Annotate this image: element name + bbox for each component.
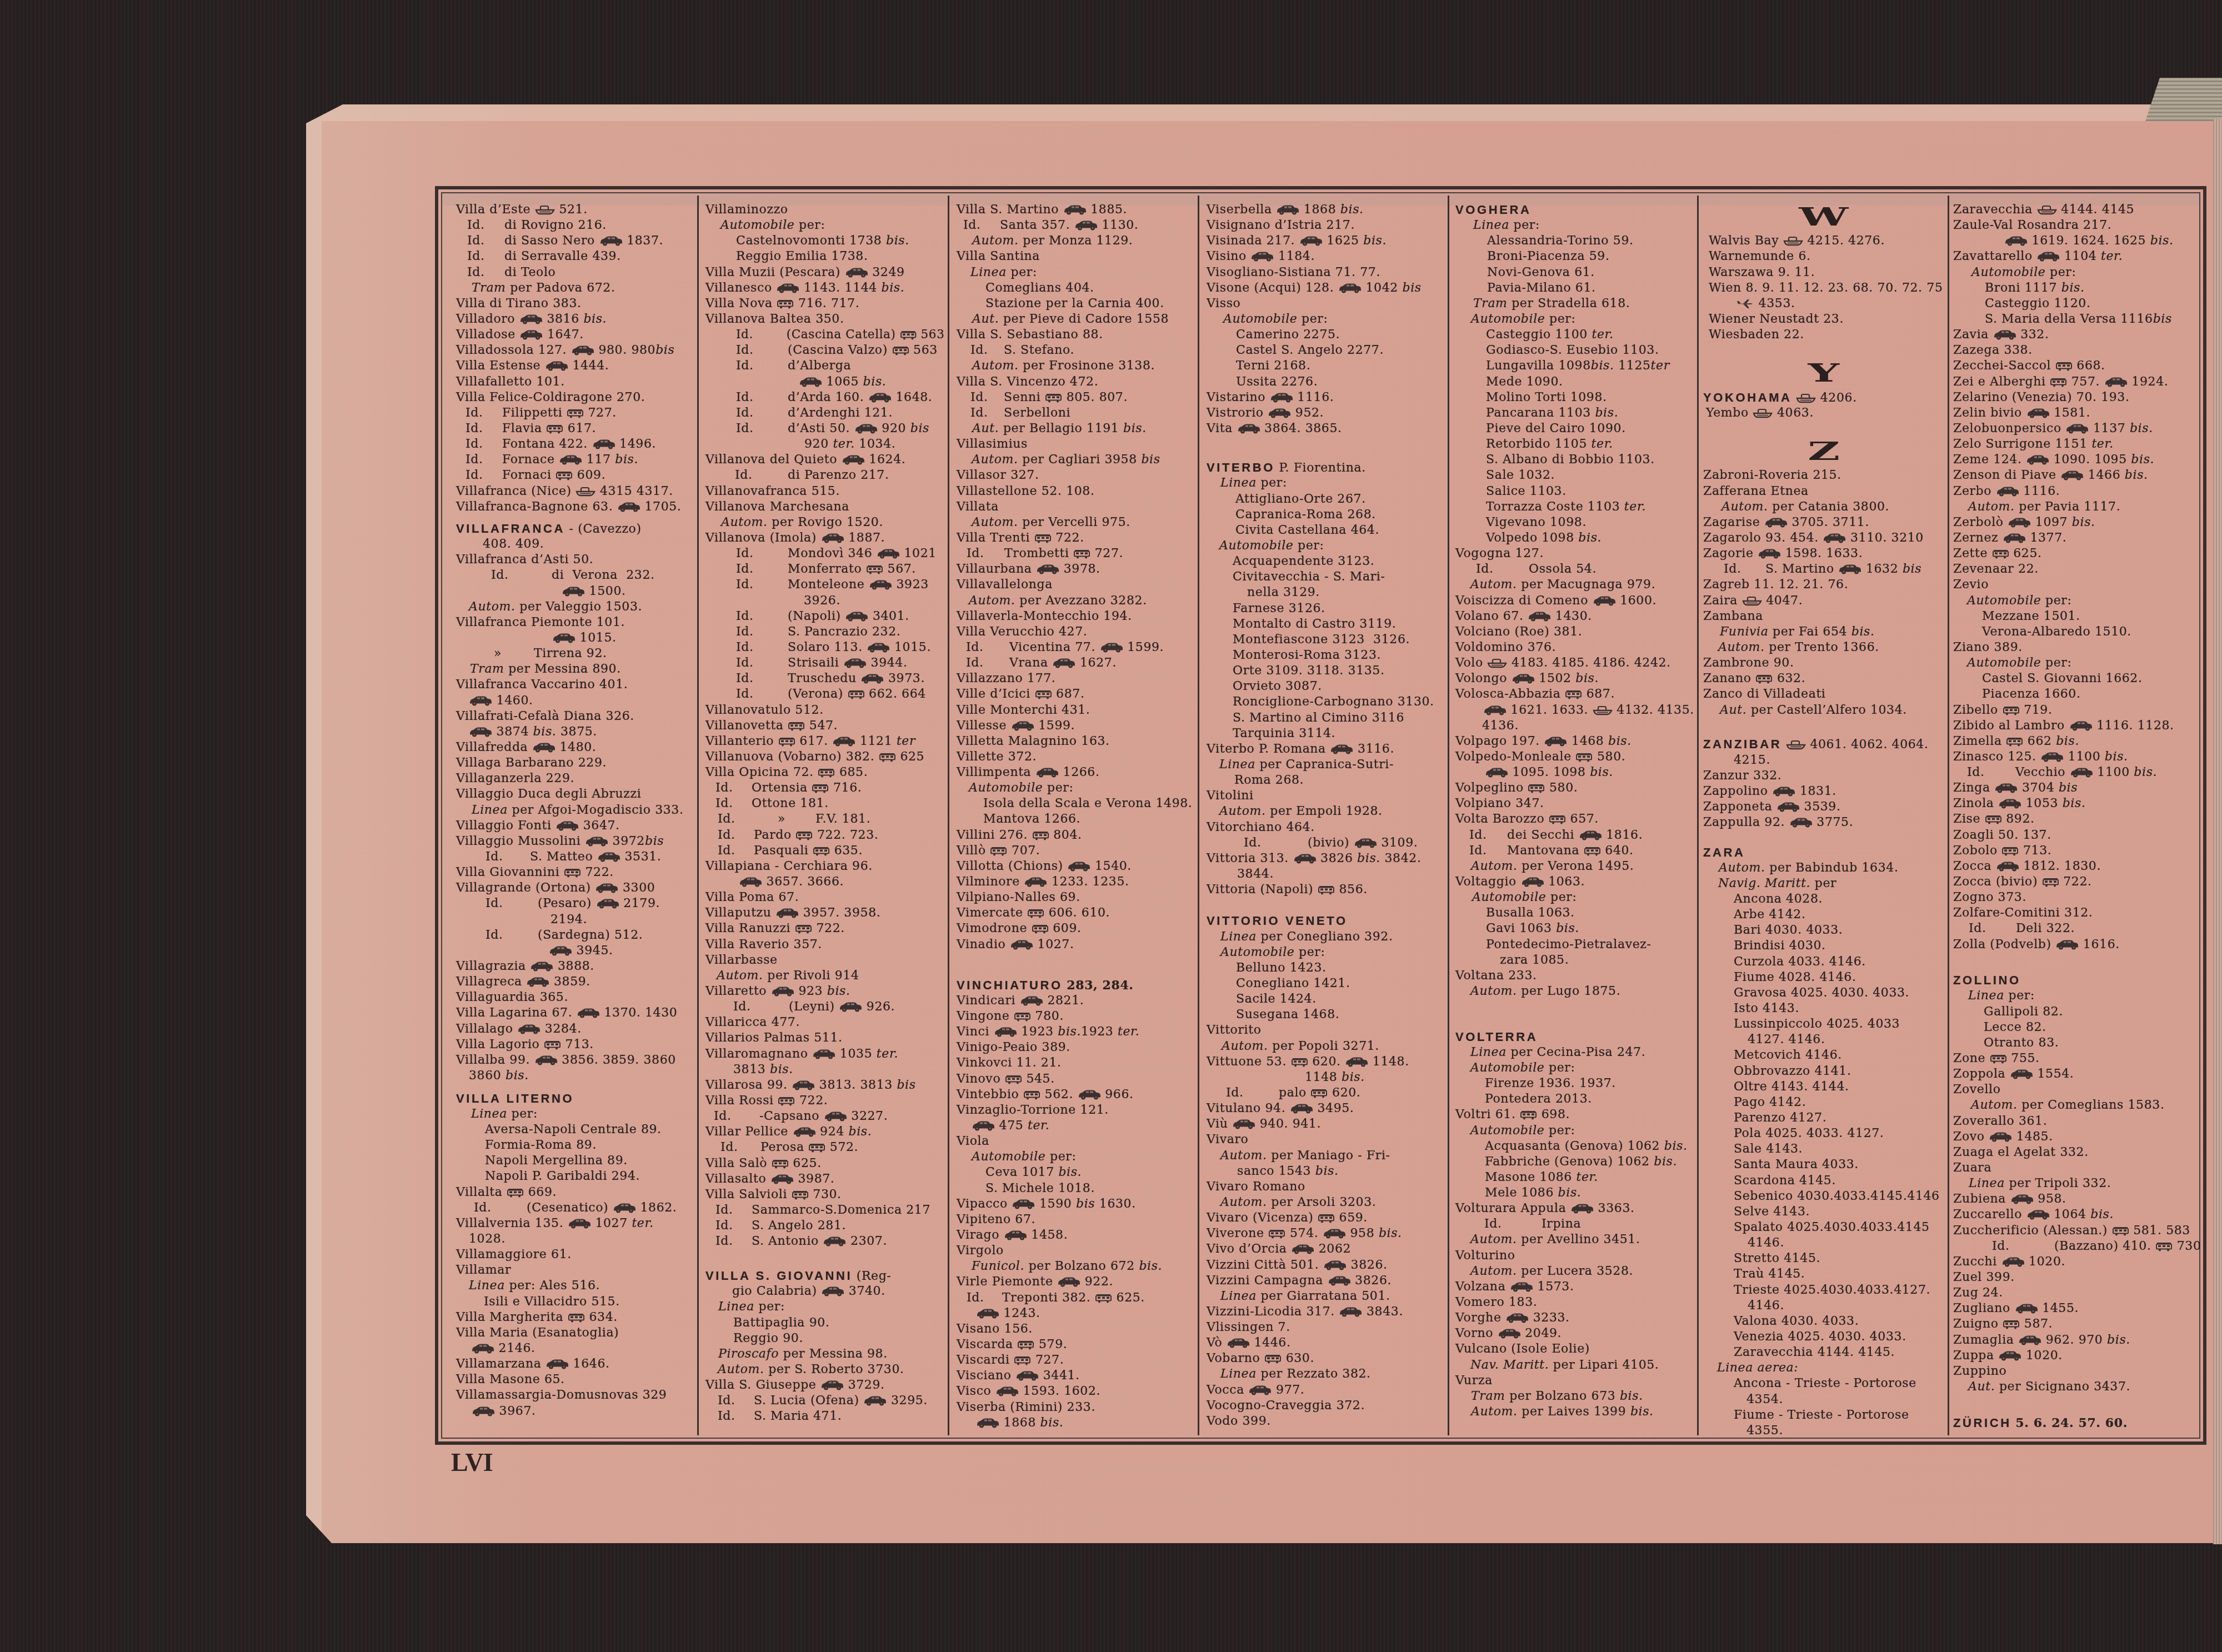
entry-text: 1184.	[1274, 249, 1315, 263]
entry-text: Villaurbana	[957, 562, 1036, 576]
entry-text: Villalvernia 135.	[456, 1217, 568, 1230]
entry-text: 3826.	[1351, 1274, 1392, 1288]
index-entry: Villetta Malagnino 163.	[957, 734, 1194, 749]
automobile-service-icon	[869, 579, 892, 590]
index-entry: Zuppino	[1953, 1364, 2202, 1379]
index-entry: Villalta 669.	[456, 1185, 694, 1200]
entry-text: 4355.	[1746, 1424, 1783, 1438]
service-note: Autom. per Lugo 1875.	[1455, 984, 1694, 999]
line-content: Zibello 719.	[1953, 703, 2053, 718]
automobile-service-icon	[571, 345, 594, 356]
entry-text: Wiesbaden 22.	[1709, 328, 1804, 342]
entry-text: 579.	[1034, 1338, 1067, 1351]
line-content: Linea per Capranica-Sutri-	[1219, 757, 1394, 773]
station-name: ZARA	[1703, 845, 1745, 859]
automobile-service-icon	[2004, 236, 2028, 246]
line-content: Vingone 780.	[957, 1009, 1064, 1024]
tram-icon	[1034, 533, 1052, 543]
index-entry: Zagarolo 93. 454. 3110. 3210	[1703, 530, 1944, 546]
service-type-label: bis.	[1608, 734, 1632, 748]
tram-icon	[1584, 846, 1601, 856]
line-content: Villarios Palmas 511.	[705, 1030, 843, 1046]
service-note: Funicol. per Bolzano 672 bis.	[957, 1259, 1194, 1274]
entry-text: Ancona 4028.	[1734, 892, 1823, 906]
line-content: Stazione per la Carnia 400.	[985, 296, 1164, 312]
line-content: Villadoro 3816 bis.	[456, 312, 607, 327]
service-note: Autom. per Rivoli 914	[705, 968, 944, 984]
entry-text: 3856. 3859. 3860	[558, 1053, 676, 1067]
entry-text: per Valeggio 1503.	[516, 600, 642, 614]
entry-text: Vicentina 77.	[1009, 640, 1100, 654]
service-note: Autom. per Vercelli 975.	[957, 515, 1194, 530]
index-entry: Villa Trenti 722.	[957, 530, 1194, 546]
entry-text: Zambana	[1703, 609, 1763, 623]
index-entry: Zabroni-Roveria 215.	[1703, 468, 1944, 483]
index-entry: Zoverallo 361.	[1953, 1114, 2202, 1129]
column-divider	[1697, 196, 1699, 1435]
index-entry: Zevio	[1953, 577, 2202, 593]
entry-text: per Babindub 1634.	[1765, 861, 1899, 875]
index-entry: Villa Masone 65.	[456, 1372, 694, 1388]
sub-entry: Id.(Napoli) 3401.	[705, 609, 944, 624]
entry-text: 625	[896, 750, 924, 764]
continuation-line: Acquasanta (Genova) 1062 bis.	[1455, 1139, 1694, 1154]
line-content: Roma 268.	[1234, 773, 1304, 788]
entry-text: Reggio Emilia 1738.	[736, 249, 868, 263]
line-content: Sale 4143.	[1734, 1142, 1803, 1157]
automobile-service-icon	[1227, 1338, 1250, 1348]
entry-text: 1816.	[1602, 828, 1643, 842]
line-content: Zecchei-Saccol 668.	[1953, 358, 2105, 374]
service-note: Linea per Afgoi-Mogadiscio 333.	[456, 803, 694, 818]
entry-text: - (Cavezzo)	[565, 522, 642, 536]
entry-text: 3704	[2018, 781, 2059, 795]
entry-text: 606. 610.	[1044, 906, 1110, 920]
entry-text: per Stradella 618.	[1508, 297, 1630, 311]
tram-icon	[1528, 783, 1545, 793]
tram-icon	[900, 330, 917, 340]
automobile-service-icon	[2065, 423, 2089, 434]
entry-text: per Tripoli 332.	[2005, 1177, 2111, 1190]
line-content: 1460.	[469, 693, 533, 709]
index-entry: Villimpenta 1266.	[957, 765, 1194, 780]
entry-text: Oltre 4143. 4144.	[1734, 1080, 1849, 1094]
entry-text: Zinola	[1953, 797, 1998, 810]
letter-divider: Y	[1703, 358, 1944, 389]
entry-text: (Cascina Catella)	[787, 328, 900, 342]
continuation-line: Sale 1032.	[1455, 468, 1694, 483]
line-content: Vorghe 3233.	[1455, 1310, 1570, 1326]
ditto-mark: Id.	[718, 1409, 754, 1424]
entry-text: per:	[1043, 781, 1073, 795]
continuation-line: Novi-Genova 61.	[1455, 265, 1694, 281]
index-entry: Villaga Barbarano 229.	[456, 755, 694, 771]
line-content: Id.d’Arda 160. 1648.	[736, 390, 932, 406]
entry-text: Vitolini	[1207, 789, 1254, 803]
line-content: Villagrande (Ortona) 3300	[456, 880, 655, 896]
line-content: 2146.	[471, 1341, 536, 1356]
entry-text: 3647.	[579, 819, 620, 833]
index-entry: Vimodrone 609.	[957, 921, 1194, 937]
entry-text: Villaganzerla 229.	[456, 772, 574, 785]
continuation-line: Trieste 4025.4030.4033.4127.	[1703, 1283, 1944, 1298]
entry-text: 1599.	[1034, 719, 1075, 733]
continuation-line: 1243.	[957, 1306, 1194, 1321]
line-content: Zone 755.	[1953, 1051, 2040, 1067]
continuation-line: Verona-Albaredo 1510.	[1953, 624, 2202, 640]
line-content: Villasor 327.	[957, 468, 1039, 483]
entry-text: Zappulla 92.	[1703, 815, 1789, 829]
index-entry: Volpedo-Monleale 580.	[1455, 749, 1694, 765]
line-content: Villadossola 127. 980. 980bis	[456, 343, 674, 358]
line-content: Villanova del Quieto 1624.	[705, 452, 905, 468]
automobile-service-icon	[1012, 1199, 1035, 1209]
service-type-label: bis.	[1058, 1165, 1082, 1179]
tram-icon	[2155, 1241, 2173, 1251]
line-content: Vivo d’Orcia 2062	[1207, 1241, 1351, 1257]
index-entry: Zanco di Villadeati	[1703, 687, 1944, 702]
entry-text: Deli 322.	[2016, 922, 2075, 935]
entry-text: Vò	[1207, 1336, 1227, 1350]
index-entry: Villa Raverio 357.	[705, 937, 944, 953]
line-content: Autom. per Lucera 3528.	[1470, 1264, 1633, 1279]
index-entry: Zanano 632.	[1703, 671, 1944, 687]
index-entry: Vitorchiano 464.	[1207, 820, 1444, 835]
entry-text: Zolla (Podvelb)	[1953, 938, 2055, 952]
entry-text: 805. 807.	[1062, 391, 1128, 404]
automobile-service-icon	[2010, 1069, 2033, 1079]
index-entry: Zambrone 90.	[1703, 655, 1944, 671]
service-type-label: Automobile	[1967, 656, 2041, 670]
continuation-line: Valona 4030. 4033.	[1703, 1314, 1944, 1329]
entry-text: per Pieve di Cadore 1558	[999, 312, 1169, 326]
line-content: Viù 940. 941.	[1207, 1117, 1321, 1132]
line-content: Napoli Mergellina 89.	[485, 1153, 628, 1169]
sub-entry: Id.Monferrato 567.	[705, 562, 944, 577]
line-content: Zagorie 1598. 1633.	[1703, 546, 1863, 562]
line-content: Vistrorio 952.	[1207, 406, 1324, 421]
service-type-label: Automobile	[969, 781, 1043, 795]
service-type-label: bis.	[1630, 1405, 1654, 1419]
service-type-label: Piroscafo	[718, 1347, 779, 1361]
entry-text: 1034.	[855, 437, 896, 451]
automobile-service-icon	[1993, 329, 2016, 340]
entry-text: Monferrato	[788, 562, 866, 576]
service-type-label: Autom.	[1719, 861, 1765, 875]
entry-text: 926.	[862, 1000, 895, 1014]
entry-text: Villini 276.	[957, 828, 1032, 842]
continuation-line: Salice 1103.	[1455, 484, 1694, 499]
index-entry: Vivaro	[1207, 1132, 1444, 1148]
line-content: Villagreca 3859.	[456, 974, 590, 990]
line-content: Zuppa 1020.	[1953, 1348, 2063, 1364]
continuation-line: Walvis Bay 4215. 4276.	[1703, 233, 1944, 249]
entry-text: Zug 24.	[1953, 1286, 2003, 1300]
index-entry: Zuccherificio (Alessan.) 581. 583	[1953, 1223, 2202, 1239]
line-content: Villamar	[456, 1263, 511, 1278]
service-type-label: Tram	[1473, 297, 1508, 311]
index-entry: Zuara	[1953, 1160, 2202, 1176]
index-entry: Villaputzu 3957. 3958.	[705, 905, 944, 921]
index-entry: Vocca 977.	[1207, 1383, 1444, 1398]
station-heading: ZANZIBAR 4061. 4062. 4064.	[1703, 737, 1944, 752]
tram-icon	[568, 1313, 585, 1323]
service-note: Nav. Maritt. per Lipari 4105.	[1455, 1358, 1694, 1373]
automobile-service-icon	[1036, 564, 1059, 574]
service-type-label: Aut.	[972, 422, 999, 435]
service-type-label: Linea	[1220, 1367, 1257, 1381]
line-content: Id.Vrana 1627.	[966, 655, 1117, 671]
entry-text: Arbe 4142.	[1734, 908, 1805, 922]
line-content: Mantova 1266.	[983, 812, 1080, 827]
index-entry: Villa Salvioli 730.	[705, 1187, 944, 1203]
sub-entry: Id.Pardo 722. 723.	[705, 828, 944, 843]
entry-text: 2062	[1314, 1242, 1351, 1256]
entry-text: Villanova (Imola)	[705, 531, 821, 545]
service-type-label: Autom.	[718, 1363, 764, 1376]
entry-text: 1035	[835, 1047, 877, 1061]
index-entry: Voltaggio 1063.	[1455, 874, 1694, 890]
ditto-mark: Id.	[736, 327, 787, 343]
entry-text: Wien 8. 9. 11. 12. 23. 68. 70. 72. 75	[1709, 281, 1943, 295]
continuation-line: Traù 4145.	[1703, 1266, 1944, 1282]
index-entry: Vipacco 1590 bis 1630.	[957, 1197, 1194, 1212]
line-content: VOGHERA	[1455, 202, 1531, 218]
entry-text: 1837.	[623, 234, 664, 248]
entry-text: per Capranica-Sutri-	[1255, 758, 1394, 772]
service-type-label: Autom.	[1718, 640, 1765, 654]
line-content: VILLA LITERNO	[456, 1091, 574, 1107]
entry-text: Zaravecchia	[1953, 203, 2037, 217]
line-content: Yembo 4063.	[1706, 406, 1814, 421]
line-content: Autom. per S. Roberto 3730.	[718, 1362, 904, 1378]
line-content: Scardona 4145.	[1734, 1173, 1836, 1189]
line-content: Zevio	[1953, 577, 1989, 593]
service-type-label: Automobile	[1220, 945, 1294, 959]
entry-text: di Serravalle 439.	[504, 249, 621, 263]
entry-text: Zovello	[1953, 1083, 2001, 1097]
continuation-line: nella 3129.	[1207, 585, 1444, 600]
line-content: Vivaro	[1207, 1132, 1248, 1148]
entry-text: Villa Verucchio 427.	[957, 625, 1087, 639]
entry-text: 2307.	[846, 1234, 887, 1248]
entry-text: 2049.	[1521, 1326, 1562, 1340]
automobile-service-icon	[2003, 533, 2026, 543]
automobile-service-icon	[867, 642, 890, 653]
automobile-service-icon	[771, 986, 794, 997]
index-entry: Villafranca (Nice) 4315 4317.	[456, 484, 694, 499]
line-content: Id.d’Asti 50. 920 bis	[736, 421, 929, 437]
line-content: Vinci 1923 bis.1923 ter.	[957, 1024, 1139, 1040]
entry-text: Villamaggiore 61.	[456, 1248, 572, 1261]
line-content: Villastellone 52. 108.	[957, 484, 1095, 499]
entry-text: Villafrati-Cefalà Diana 326.	[456, 709, 634, 723]
entry-text: Zibello	[1953, 703, 2003, 717]
entry-text: 3844.	[1237, 867, 1274, 881]
continuation-line: Capranica-Roma 268.	[1207, 507, 1444, 523]
entry-text: per Monza 1129.	[1019, 234, 1133, 248]
continuation-line: 4146.	[1703, 1298, 1944, 1314]
continuation-line: Curzola 4033. 4146.	[1703, 954, 1944, 970]
service-type-label: bis.	[506, 1069, 529, 1083]
line-content: Villafranca Piemonte 101.	[456, 615, 625, 630]
entry-text: 716.	[829, 781, 862, 795]
continuation-line: Reggio Emilia 1738.	[705, 249, 944, 264]
entry-text: 1831.	[1795, 784, 1836, 798]
entry-text: Ancona - Trieste - Portorose	[1734, 1376, 1916, 1390]
service-type-label: bis.	[1363, 234, 1387, 248]
tram-icon	[1755, 674, 1773, 684]
line-content: Viverone 574. 958 bis.	[1207, 1226, 1402, 1241]
line-content: Id.d’Alberga	[736, 358, 851, 374]
automobile-service-icon	[823, 1236, 846, 1246]
line-content: Villa Estense 1444.	[456, 358, 609, 374]
sub-entry: Id.S. Matteo 3531.	[456, 849, 694, 865]
entry-text: 966.	[1101, 1088, 1134, 1102]
automobile-service-icon	[519, 329, 543, 340]
index-entry: Zevenaar 22.	[1953, 562, 2202, 577]
station-name: VINCHIATURO	[957, 978, 1063, 992]
entry-text: 1104	[2060, 249, 2101, 263]
continuation-line: Mezzane 1501.	[1953, 609, 2202, 624]
entry-text: 804.	[1049, 828, 1082, 842]
continuation-line: Broni-Piacenza 59.	[1455, 249, 1694, 264]
line-content: Id.Serbelloni	[970, 406, 1070, 421]
sub-entry: Id.Serbelloni	[957, 406, 1194, 421]
index-entry: Villa Nova 716. 717.	[705, 296, 944, 312]
line-content: 3657. 3666.	[739, 874, 844, 890]
line-content: Zuccherificio (Alessan.) 581. 583	[1953, 1223, 2190, 1239]
entry-text: Novi-Genova 61.	[1487, 266, 1595, 279]
entry-text: Villa Felice-Coldiragone 270.	[456, 391, 645, 404]
index-entry: Villavallelonga	[957, 577, 1194, 593]
line-content: Farnese 3126.	[1233, 601, 1325, 617]
line-content: Curzola 4033. 4146.	[1734, 954, 1866, 970]
service-note: Autom. per Macugnaga 979.	[1455, 577, 1694, 593]
line-content: Voltaggio 1063.	[1455, 874, 1585, 890]
entry-text: Vilpiano-Nalles 69.	[957, 890, 1080, 904]
automobile-service-icon	[2015, 1303, 2038, 1314]
line-content: Villafranca d’Asti 50.	[456, 552, 593, 568]
entry-text: 922.	[1080, 1275, 1113, 1289]
line-content: Voltri 61. 698.	[1455, 1107, 1570, 1123]
entry-text: 4215.	[1734, 753, 1770, 767]
entry-text: Mantova 1266.	[983, 812, 1080, 826]
station-heading: ZÜRICH 5. 6. 24. 57. 60.	[1953, 1415, 2202, 1431]
entry-text: Volpeglino	[1455, 781, 1528, 795]
entry-text: 3284.	[541, 1022, 582, 1036]
index-entry: Zelin bivio 1581.	[1953, 406, 2202, 421]
entry-text: Villazzano 177.	[957, 672, 1055, 685]
line-content: zara 1085.	[1500, 953, 1569, 968]
entry-text: Zavattarello	[1953, 249, 2036, 263]
line-content: Volpedo 1098 bis.	[1486, 530, 1602, 546]
service-note: Autom. per Babindub 1634.	[1703, 860, 1944, 876]
service-type-label: ter.	[1592, 328, 1614, 342]
entry-text: 1923	[1017, 1025, 1058, 1039]
entry-text: Zuccherificio (Alessan.)	[1953, 1224, 2112, 1238]
entry-text: Villa Poma 67.	[705, 890, 799, 904]
entry-text: Volta Barozzo	[1455, 812, 1549, 826]
ditto-mark: Id.	[736, 562, 788, 577]
index-entry: Villaggio Mussolini 3972bis	[456, 834, 694, 849]
index-entry: Villasor 327.	[957, 468, 1194, 483]
line-content: Tram per Messina 890.	[470, 662, 621, 677]
entry-text: 3923	[892, 578, 929, 592]
ditto-mark: Id.	[486, 849, 530, 865]
line-content: Id.S. Pancrazio 232.	[736, 624, 900, 640]
entry-text: Zovo	[1953, 1130, 1989, 1144]
automobile-service-icon	[2026, 1209, 2050, 1220]
line-content: Autom. per Catania 3800.	[1721, 499, 1889, 515]
entry-text: per Vercelli 975.	[1018, 515, 1130, 529]
automobile-service-icon	[1035, 767, 1059, 778]
continuation-line: Fiume 4028. 4146.	[1703, 970, 1944, 985]
entry-text: 625.	[1112, 1291, 1145, 1305]
entry-text: Villa Raverio 357.	[705, 938, 822, 952]
tram-icon	[812, 783, 829, 793]
service-type-label: bis	[1903, 562, 1921, 576]
entry-text: Zise	[1953, 812, 1985, 826]
line-content: Zolla (Podvelb) 1616.	[1953, 937, 2120, 953]
entry-text: Villaputzu	[705, 906, 775, 920]
line-content: Acquasanta (Genova) 1062 bis.	[1485, 1139, 1688, 1154]
line-content: Villasimius	[957, 437, 1028, 452]
entry-text: per Messina 98.	[779, 1347, 888, 1361]
index-entry: Visano 156.	[957, 1321, 1194, 1337]
line-content: Busalla 1063.	[1486, 905, 1575, 921]
automobile-service-icon	[1339, 1306, 1362, 1317]
automobile-service-icon	[2026, 454, 2049, 465]
entry-text: 659.	[1335, 1211, 1368, 1225]
entry-text: Curzola 4033. 4146.	[1734, 955, 1866, 969]
entry-text: Gavi 1063	[1486, 922, 1556, 935]
entry-text: Isola della Scala e Verona 1498.	[983, 797, 1192, 810]
line-content: Villapiana - Cerchiara 96.	[705, 859, 873, 874]
line-content: Visone (Acqui) 128. 1042 bis	[1207, 281, 1422, 296]
line-content: 1619. 1624. 1625 bis.	[2004, 233, 2174, 249]
entry-text: Visco	[957, 1384, 995, 1398]
entry-text: Vintebbio	[957, 1088, 1023, 1102]
entry-text: Vorno	[1455, 1326, 1498, 1340]
entry-text: Salice 1103.	[1486, 484, 1567, 498]
ditto-mark: Id.	[970, 406, 1004, 421]
service-note: Linea per:	[957, 265, 1194, 281]
index-entry: Ville d’Icici 687.	[957, 687, 1194, 702]
line-content: S. Michele 1018.	[985, 1181, 1095, 1197]
index-entry: Villa Salò 625.	[705, 1156, 944, 1172]
line-content: Vinadio 1027.	[957, 937, 1074, 953]
index-entry: Vintebbio 562. 966.	[957, 1087, 1194, 1103]
index-entry: Villafranca-Bagnone 63. 1705.	[456, 499, 694, 515]
automobile-service-icon	[2036, 251, 2060, 262]
continuation-line: Pontedecimo-Pietralavez-	[1455, 937, 1694, 953]
tram-icon	[788, 721, 805, 731]
continuation-line: Metcovich 4146.	[1703, 1048, 1944, 1063]
index-entry: Villamarzana 1646.	[456, 1356, 694, 1372]
index-entry: Vinadio 1027.	[957, 937, 1194, 953]
index-entry: Villazzano 177.	[957, 671, 1194, 687]
entry-text: Viserbella	[1207, 203, 1276, 217]
line-content: Id.di Teolo	[467, 265, 555, 281]
station-name: ZÜRICH	[1953, 1416, 2011, 1430]
continuation-line: 1028.	[456, 1232, 694, 1247]
automobile-service-icon	[549, 945, 572, 956]
line-content: Villanova Baltea 350.	[705, 312, 844, 327]
service-note: Autom. per Monza 1129.	[957, 233, 1194, 249]
continuation-line: Susegana 1468.	[1207, 1007, 1444, 1023]
index-entry: Vingone 780.	[957, 1009, 1194, 1024]
